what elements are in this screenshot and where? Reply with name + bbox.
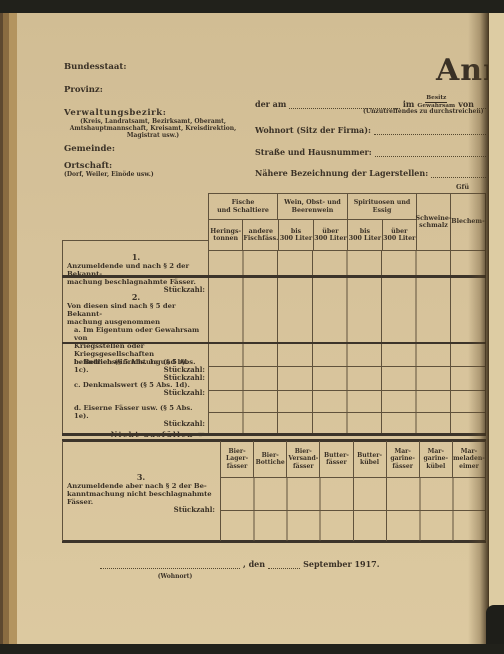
label-bundesstaat: Bundesstaat: [64,62,126,72]
header-marmeladeneimer: Mar- meladen- eimer [453,441,485,477]
table2-data-grid: Bier- Lager- fässer Bier- Bottiche Bier-… [220,441,486,541]
header-wein-obst-beerenwein: Wein, Obst- und Beerenwein [278,194,348,220]
header-margarinekuebel: Mar- garine- kübel [420,441,453,477]
section-text: Von diesen sind nach § 5 der Bekannt- ma… [67,302,205,326]
section-number: 1. [67,253,205,262]
fill-in-line[interactable] [431,174,486,178]
line-wohnort: Wohnort (Sitz der Firma): [255,125,486,135]
header-andere-fischfaesser: andere Fischfäss. [243,220,279,251]
section-2d: d. Eiserne Fässer usw. (§ 5 Abs. 1e). St… [67,404,205,428]
note-durchstreichen: (Unzutreffendes zu durchstreichen) [363,108,484,115]
section-text: Anzumeldende aber nach § 2 der Be- kannt… [67,482,215,506]
label-provinz: Provinz: [64,85,103,95]
label-der-am: der am [255,99,286,109]
table2-label-column: 3. Anzumeldende aber nach § 2 der Be- ka… [62,441,221,541]
date-signature-line: , den September 1917. [100,559,372,569]
section-number: 2. [67,293,205,302]
header-fische-schaltiere: Fische und Schaltiere [209,194,278,220]
header-bis-300-liter: bis 300 Liter [348,220,382,251]
table1-row-2c-cells[interactable] [209,367,485,391]
header-bierlagerfaesser: Bier- Lager- fässer [221,441,254,477]
line-der-am: der am im Besitz Gewahrsam von [255,89,486,109]
cutoff-text-fragment: Gfü [456,183,469,191]
scan-border-bottom [0,644,504,654]
stueckzahl-label: Stückzahl: [67,506,215,514]
header-schweineschmalz: Schweine- schmalz [417,194,451,251]
scanned-form-page: Anme Gfü Bundesstaat: Provinz: Verwaltun… [0,0,504,654]
fill-in-line-tag[interactable] [268,565,300,569]
section-2b: b. Betriebseinrichtung (§ 5 Abs. 1c). St… [67,358,205,382]
header-margarinefaesser: Mar- garine- fässer [387,441,420,477]
stueckzahl-label: Stückzahl: [67,389,205,397]
note-ortschaft: (Dorf, Weiler, Einöde usw.) [64,171,246,178]
line-lagerstellen: Nähere Bezeichnung der Lagerstellen: [255,168,486,178]
label-ortschaft: Ortschaft: [64,161,112,171]
section-2c: c. Denkmalswert (§ 5 Abs. 1d). Stückzahl… [67,381,205,397]
note-wohnort: (Wohnort) [120,573,230,580]
header-spirituosen-essig: Spirituosen und Essig [348,194,417,220]
section-number: 3. [67,473,215,482]
table2-row-1-cells[interactable] [221,478,485,511]
fill-in-line[interactable] [374,131,486,135]
note-verwaltungsbezirk: (Kreis, Landratsamt, Bezirksamt, Oberamt… [62,118,244,139]
label-wohnort: Wohnort (Sitz der Firma): [255,125,371,135]
rule-divider [62,275,486,278]
table1-row-2d-cells[interactable] [209,391,485,413]
header-bis-300-liter: bis 300 Liter [279,220,313,251]
section-text: b. Betriebseinrichtung (§ 5 Abs. 1c). [67,358,205,374]
header-butterkuebel: Butter- kübel [354,441,387,477]
fill-in-line[interactable] [375,153,486,157]
paper-sheet: Anme Gfü Bundesstaat: Provinz: Verwaltun… [0,13,504,644]
header-ueber-300-liter: über 300 Liter [383,220,417,251]
label-strasse: Straße und Hausnummer: [255,147,372,157]
header-bierversandfaesser: Bier- Versand- fässer [287,441,320,477]
line-strasse: Straße und Hausnummer: [255,147,486,157]
header-ueber-300-liter: über 300 Liter [314,220,348,251]
table1-data-grid: Fische und Schaltiere Wein, Obst- und Be… [208,193,486,435]
header-bierbottiche: Bier- Bottiche [254,441,287,477]
table1-row-1-cells[interactable] [209,251,485,278]
section-3: 3. Anzumeldende aber nach § 2 der Be- ka… [67,473,215,514]
scan-border-top [0,0,504,13]
rule-divider [62,342,486,345]
section-text: Anzumeldende und nach § 2 der Bekannt- m… [67,262,205,286]
section-text: d. Eiserne Fässer usw. (§ 5 Abs. 1e). [67,404,205,420]
table1-subheader-row: Herings- tonnen andere Fischfäss. bis 30… [209,220,417,251]
header-heringstonnen: Herings- tonnen [209,220,243,251]
table1-label-column: 1. Anzumeldende und nach § 2 der Bekannt… [62,240,209,436]
fill-in-line-ort[interactable] [100,565,240,569]
header-butterfaesser: Butter- fässer [320,441,353,477]
adjacent-page-edge [488,13,504,644]
label-lagerstellen: Nähere Bezeichnung der Lagerstellen: [255,168,428,178]
label-den: , den [243,559,265,569]
besitz-gewahrsam-choice: Besitz Gewahrsam [417,95,455,109]
label-besitz: Besitz [425,95,447,103]
label-gemeinde: Gemeinde: [64,144,115,154]
binding-edge-strip [9,13,17,644]
rule-table1-bottom [62,433,486,436]
table1-row-2a-cells[interactable] [209,278,485,344]
table2-header-row: Bier- Lager- fässer Bier- Bottiche Bier-… [221,441,485,478]
table2-row-2-cells[interactable] [221,511,485,541]
stueckzahl-label: Stückzahl: [67,420,205,428]
header-blechemballagen-cutoff: Blechem- [451,194,485,251]
table1-row-2b-cells[interactable] [209,344,485,367]
label-date: September 1917. [303,559,379,569]
section-1: 1. Anzumeldende und nach § 2 der Bekannt… [67,253,205,294]
label-verwaltungsbezirk: Verwaltungsbezirk: [64,108,166,118]
